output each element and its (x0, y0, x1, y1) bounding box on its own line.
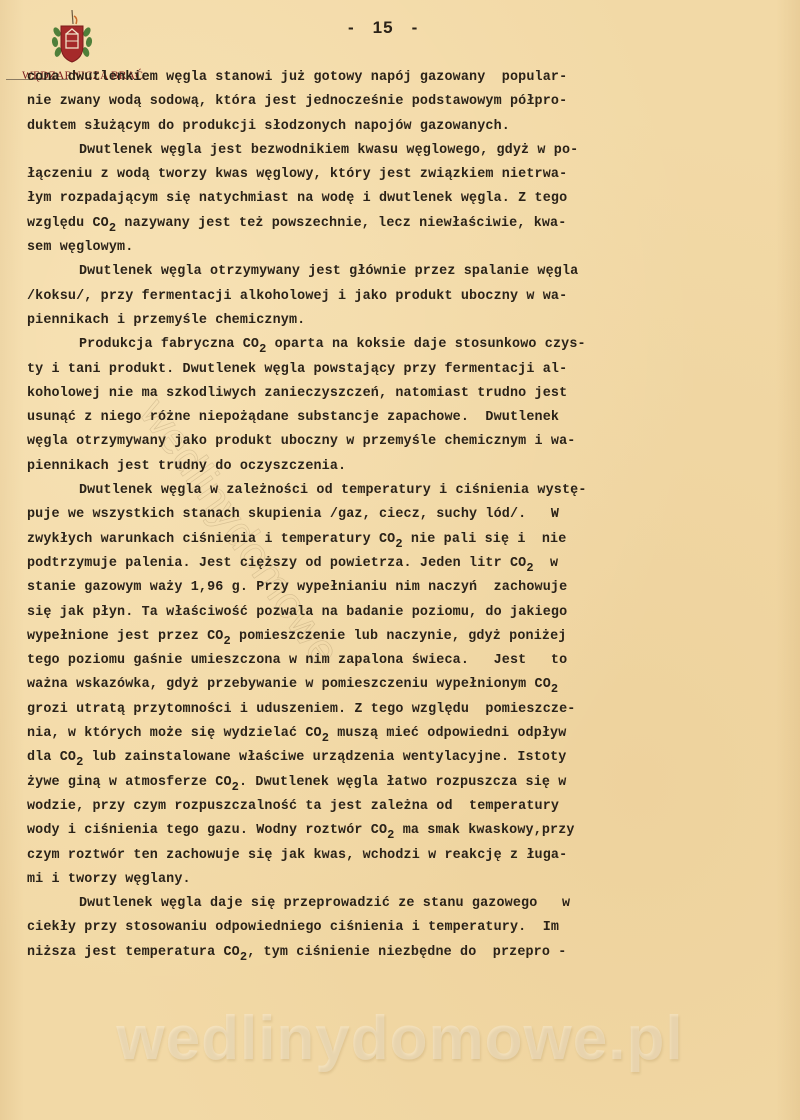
text-line: węgla otrzymywany jako produkt uboczny w… (27, 430, 727, 454)
text-line: mi i tworzy węglany. (27, 868, 727, 892)
text-line: podtrzymuje palenia. Jest cięższy od pow… (27, 552, 727, 576)
coat-of-arms-icon (50, 8, 94, 66)
text-line: wodzie, przy czym rozpuszczalność ta jes… (27, 795, 727, 819)
text-line: zwykłych warunkach ciśnienia i temperatu… (27, 528, 727, 552)
text-line: względu CO2 nazywany jest też powszechni… (27, 212, 727, 236)
text-line: ty i tani produkt. Dwutlenek węgla powst… (27, 358, 727, 382)
text-line: tego poziomu gaśnie umieszczona w nim za… (27, 649, 727, 673)
text-line: Produkcja fabryczna CO2 oparta na koksie… (27, 333, 727, 357)
page-number-dash-left: - (348, 18, 355, 37)
text-line: koholowej nie ma szkodliwych zanieczyszc… (27, 382, 727, 406)
page-number-value: 15 (373, 18, 394, 37)
text-line: piennikach jest trudny do oczyszczenia. (27, 455, 727, 479)
text-line: piennikach i przemyśle chemicznym. (27, 309, 727, 333)
text-line: ciekły przy stosowaniu odpowiedniego ciś… (27, 916, 727, 940)
text-line: wody i ciśnienia tego gazu. Wodny roztwó… (27, 819, 727, 843)
text-line: Dwutlenek węgla otrzymywany jest głównie… (27, 260, 727, 284)
text-line: Dwutlenek węgla jest bezwodnikiem kwasu … (27, 139, 727, 163)
text-line: czym roztwór ten zachowuje się jak kwas,… (27, 844, 727, 868)
scanned-page: WĘDZARNICZA BRAĆ -15- wedlinydomowe cona… (0, 0, 800, 1120)
page-number: -15- (330, 18, 436, 38)
text-line: Dwutlenek węgla w zależności od temperat… (27, 479, 727, 503)
text-line: sem węglowym. (27, 236, 727, 260)
text-line: nia, w których może się wydzielać CO2 mu… (27, 722, 727, 746)
text-line: łączeniu z wodą tworzy kwas węglowy, któ… (27, 163, 727, 187)
text-line: się jak płyn. Ta właściwość pozwala na b… (27, 601, 727, 625)
text-line: /koksu/, przy fermentacji alkoholowej i … (27, 285, 727, 309)
text-line: puje we wszystkich stanach skupienia /ga… (27, 503, 727, 527)
text-line: żywe giną w atmosferze CO2. Dwutlenek wę… (27, 771, 727, 795)
text-line: usunąć z niego różne niepożądane substan… (27, 406, 727, 430)
text-line: cona dwutlenkiem węgla stanowi już gotow… (27, 66, 727, 90)
text-line: duktem służącym do produkcji słodzonych … (27, 115, 727, 139)
typewritten-body-text: cona dwutlenkiem węgla stanowi już gotow… (27, 66, 727, 965)
page-number-dash-right: - (412, 18, 419, 37)
text-line: ważna wskazówka, gdyż przebywanie w pomi… (27, 673, 727, 697)
text-line: wypełnione jest przez CO2 pomieszczenie … (27, 625, 727, 649)
text-line: nie zwany wodą sodową, która jest jednoc… (27, 90, 727, 114)
text-line: grozi utratą przytomności i uduszeniem. … (27, 698, 727, 722)
text-line: łym rozpadającym się natychmiast na wodę… (27, 187, 727, 211)
text-line: niższa jest temperatura CO2, tym ciśnien… (27, 941, 727, 965)
site-watermark: wedlinydomowe.pl (0, 1003, 800, 1074)
text-line: stanie gazowym waży 1,96 g. Przy wypełni… (27, 576, 727, 600)
text-line: Dwutlenek węgla daje się przeprowadzić z… (27, 892, 727, 916)
text-line: dla CO2 lub zainstalowane właściwe urząd… (27, 746, 727, 770)
